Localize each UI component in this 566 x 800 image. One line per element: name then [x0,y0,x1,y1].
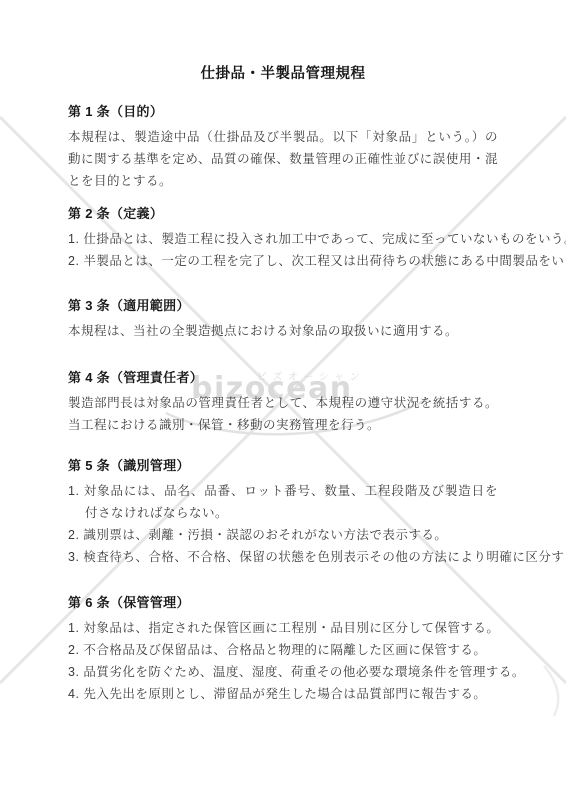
document-page: ビズオーシャン bizocean 仕掛品・半製品管理規程 第 1 条（目的）本規… [0,0,566,800]
body-line: とを目的とする。 [68,170,498,192]
body-line: 当工程における識別・保管・移動の実務管理を行う。 [68,414,498,436]
body-line: 2. 不合格品及び保留品は、合格品と物理的に隔離した区画に保管する。 [68,639,498,661]
document-body: 第 1 条（目的）本規程は、製造途中品（仕掛品及び半製品。以下「対象品」という。… [68,104,498,705]
section-heading: 第 5 条（識別管理） [68,458,498,474]
section: 第 6 条（保管管理）1. 対象品は、指定された保管区画に工程別・品目別に区分し… [68,595,498,705]
body-line: 動に関する基準を定め、品質の確保、数量管理の正確性並びに誤使用・混入の防止を図る… [68,148,498,170]
body-line: 製造部門長は対象品の管理責任者として、本規程の遵守状況を統括する。各工程責任者は… [68,392,498,414]
section: 第 3 条（適用範囲）本規程は、当社の全製造拠点における対象品の取扱いに適用する… [68,298,498,342]
body-line: 2. 半製品とは、一定の工程を完了し、次工程又は出荷待ちの状態にある中間製品をい… [68,250,498,272]
section: 第 2 条（定義）1. 仕掛品とは、製造工程に投入され加工中であって、完成に至っ… [68,206,498,272]
body-line: 1. 対象品には、品名、品番、ロット番号、数量、工程段階及び製造日を記載した識別… [68,480,498,502]
body-line: 3. 検査待ち、合格、不合格、保留の状態を色別表示その他の方法により明確に区分す… [68,546,498,568]
section-heading: 第 6 条（保管管理） [68,595,498,611]
body-line: 付さなければならない。 [68,502,498,524]
section-heading: 第 3 条（適用範囲） [68,298,498,314]
body-line: 1. 仕掛品とは、製造工程に投入され加工中であって、完成に至っていないものをいう… [68,228,498,250]
section: 第 1 条（目的）本規程は、製造途中品（仕掛品及び半製品。以下「対象品」という。… [68,104,498,192]
body-line: 1. 対象品は、指定された保管区画に工程別・品目別に区分して保管する。 [68,617,498,639]
body-line: 4. 先入先出を原則とし、滞留品が発生した場合は品質部門に報告する。 [68,683,498,705]
body-line: 3. 品質劣化を防ぐため、温度、湿度、荷重その他必要な環境条件を管理する。 [68,661,498,683]
section: 第 5 条（識別管理）1. 対象品には、品名、品番、ロット番号、数量、工程段階及… [68,458,498,568]
page-title: 仕掛品・半製品管理規程 [68,64,498,84]
body-line: 2. 識別票は、剥離・汚損・誤認のおそれがない方法で表示する。 [68,524,498,546]
document-content: 仕掛品・半製品管理規程 第 1 条（目的）本規程は、製造途中品（仕掛品及び半製品… [68,0,498,705]
section-heading: 第 1 条（目的） [68,104,498,120]
section-heading: 第 4 条（管理責任者） [68,370,498,386]
body-line: 本規程は、当社の全製造拠点における対象品の取扱いに適用する。 [68,320,498,342]
section-heading: 第 2 条（定義） [68,206,498,222]
body-line: 本規程は、製造途中品（仕掛品及び半製品。以下「対象品」という。）の識別、保管及び… [68,126,498,148]
section: 第 4 条（管理責任者）製造部門長は対象品の管理責任者として、本規程の遵守状況を… [68,370,498,436]
